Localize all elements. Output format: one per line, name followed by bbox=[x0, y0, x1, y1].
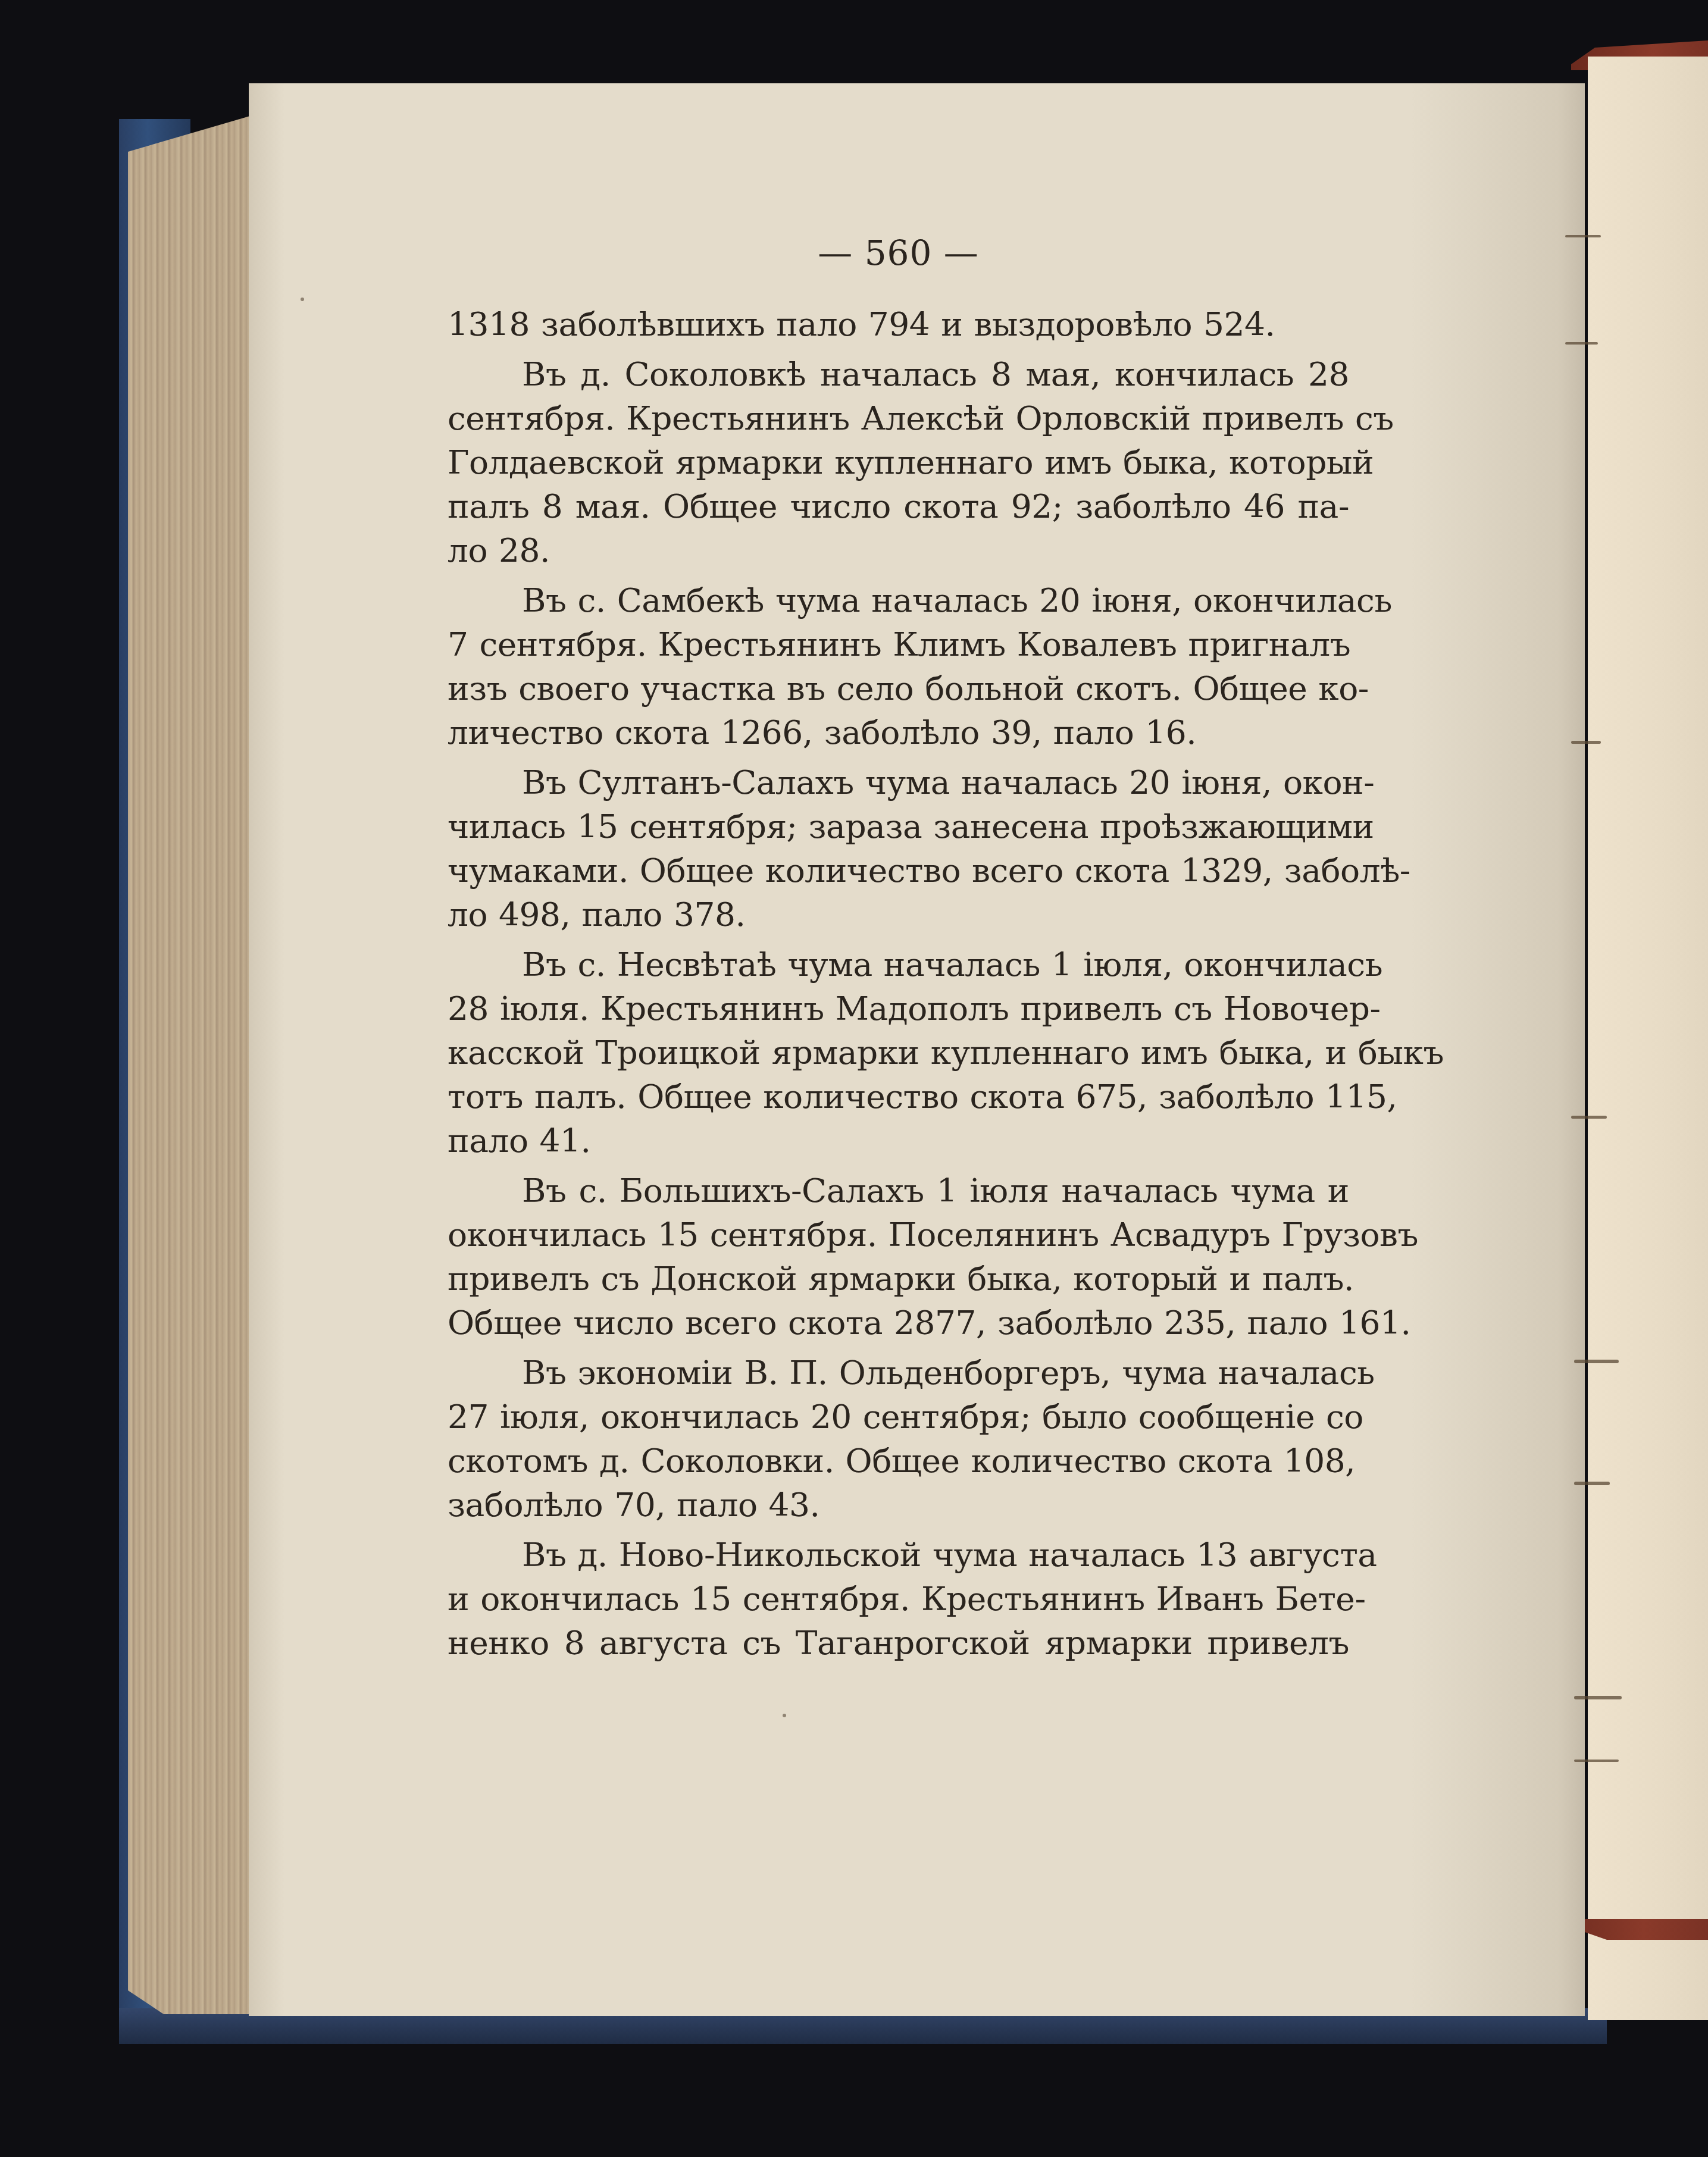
paragraph-continuation: 1318 заболѣвшихъ пало 794 и выздоровѣло … bbox=[448, 302, 1349, 346]
text-line: 7 сентября. Крестьянинъ Климъ Ковалевъ п… bbox=[448, 622, 1349, 666]
text-line: тотъ палъ. Общее количество скота 675, з… bbox=[448, 1075, 1349, 1119]
text-line: Въ д. Соколовкѣ началась 8 мая, кончилас… bbox=[448, 352, 1349, 396]
page-number: — 560 — bbox=[448, 232, 1349, 274]
paragraph-nesvetay: Въ с. Несвѣтаѣ чума началась 1 іюля, око… bbox=[448, 943, 1349, 1163]
text-line: Въ экономіи В. П. Ольденборгеръ, чума на… bbox=[448, 1351, 1349, 1395]
binding-thread bbox=[1571, 741, 1601, 744]
paper-speck bbox=[301, 298, 304, 301]
binding-thread bbox=[1574, 1696, 1622, 1699]
text-line: Въ с. Большихъ-Салахъ 1 іюля началась чу… bbox=[448, 1169, 1349, 1213]
text-line: Въ с. Несвѣтаѣ чума началась 1 іюля, око… bbox=[448, 943, 1349, 987]
text-line: ло 28. bbox=[448, 528, 1349, 572]
text-line: ненко 8 августа съ Таганрогской ярмарки … bbox=[448, 1621, 1349, 1665]
text-line: изъ своего участка въ село больной скотъ… bbox=[448, 666, 1349, 710]
paragraph-sultan-salakh: Въ Султанъ-Салахъ чума началась 20 іюня,… bbox=[448, 760, 1349, 937]
text-line: касской Троицкой ярмарки купленнаго имъ … bbox=[448, 1031, 1349, 1075]
text-line: палъ 8 мая. Общее число скота 92; заболѣ… bbox=[448, 484, 1349, 528]
page-block-edge bbox=[128, 116, 250, 2014]
text-line: заболѣло 70, пало 43. bbox=[448, 1483, 1349, 1527]
text-line: Въ с. Самбекѣ чума началась 20 іюня, око… bbox=[448, 578, 1349, 622]
binding-thread bbox=[1565, 342, 1598, 345]
paper-speck bbox=[783, 1714, 786, 1717]
text-line: пало 41. bbox=[448, 1119, 1349, 1163]
page-text-block: — 560 — 1318 заболѣвшихъ пало 794 и вызд… bbox=[448, 232, 1349, 1671]
paragraph-sokolovka: Въ д. Соколовкѣ началась 8 мая, кончилас… bbox=[448, 352, 1349, 572]
text-line: скотомъ д. Соколовки. Общее количество с… bbox=[448, 1439, 1349, 1483]
text-line: Въ Султанъ-Салахъ чума началась 20 іюня,… bbox=[448, 760, 1349, 804]
text-line: привелъ съ Донской ярмарки быка, который… bbox=[448, 1257, 1349, 1301]
text-line: Въ д. Ново-Никольской чума началась 13 а… bbox=[448, 1533, 1349, 1577]
text-line: чилась 15 сентября; зараза занесена проѣ… bbox=[448, 804, 1349, 849]
binding-thread bbox=[1574, 1482, 1610, 1485]
text-line: 1318 заболѣвшихъ пало 794 и выздоровѣло … bbox=[448, 302, 1349, 346]
text-line: окончилась 15 сентября. Поселянинъ Асвад… bbox=[448, 1213, 1349, 1257]
text-line: Голдаевской ярмарки купленнаго имъ быка,… bbox=[448, 440, 1349, 484]
text-line: личество скота 1266, заболѣло 39, пало 1… bbox=[448, 710, 1349, 755]
paragraph-oldenborger: Въ экономіи В. П. Ольденборгеръ, чума на… bbox=[448, 1351, 1349, 1527]
text-line: ло 498, пало 378. bbox=[448, 893, 1349, 937]
facing-page bbox=[1588, 57, 1708, 2020]
text-line: и окончилась 15 сентября. Крестьянинъ Ив… bbox=[448, 1577, 1349, 1621]
binding-thread bbox=[1571, 1116, 1607, 1119]
binding-thread bbox=[1574, 1760, 1619, 1762]
text-line: Общее число всего скота 2877, заболѣло 2… bbox=[448, 1301, 1349, 1345]
text-line: сентября. Крестьянинъ Алексѣй Орловскій … bbox=[448, 396, 1349, 440]
text-line: 27 іюля, окончилась 20 сентября; было со… bbox=[448, 1395, 1349, 1439]
binding-thread bbox=[1574, 1360, 1619, 1363]
paragraph-sambek: Въ с. Самбекѣ чума началась 20 іюня, око… bbox=[448, 578, 1349, 755]
binding-thread bbox=[1565, 235, 1601, 237]
text-line: чумаками. Общее количество всего скота 1… bbox=[448, 849, 1349, 893]
text-line: 28 іюля. Крестьянинъ Мадополъ привелъ съ… bbox=[448, 987, 1349, 1031]
paragraph-novo-nikolskaya: Въ д. Ново-Никольской чума началась 13 а… bbox=[448, 1533, 1349, 1665]
paragraph-bolshie-saly: Въ с. Большихъ-Салахъ 1 іюля началась чу… bbox=[448, 1169, 1349, 1345]
